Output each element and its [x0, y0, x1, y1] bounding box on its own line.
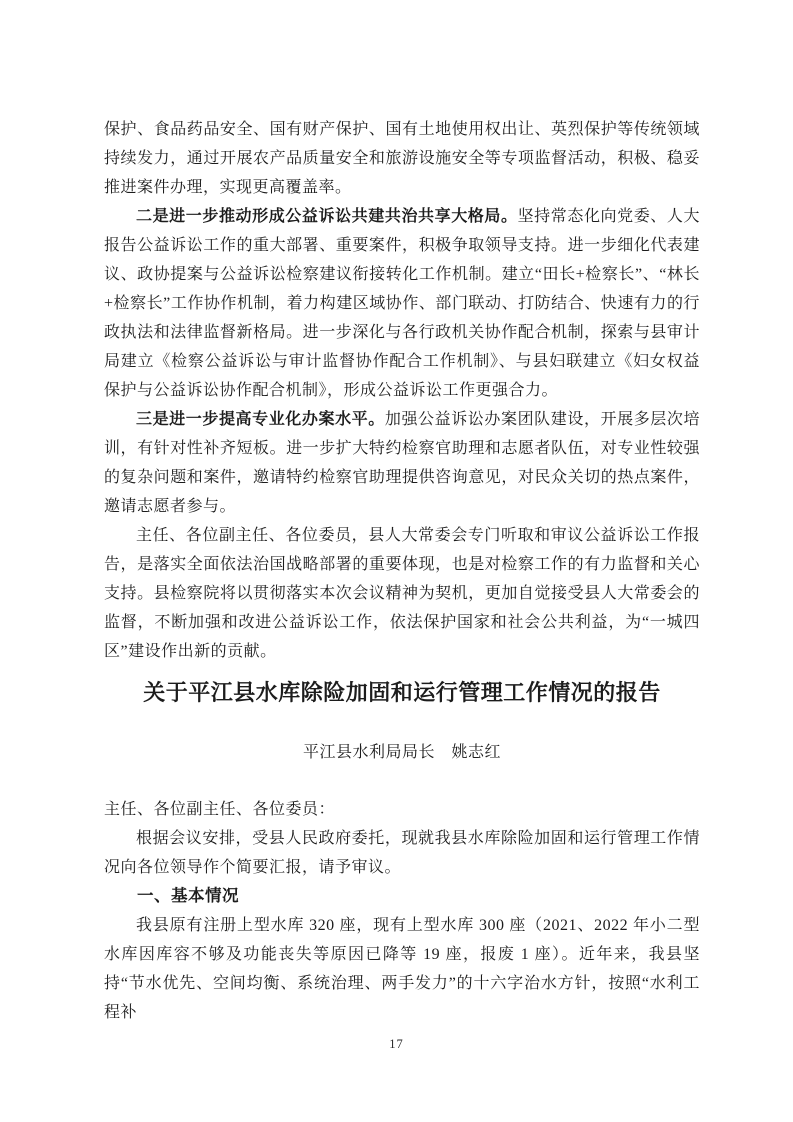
section-heading-basic-situation: 一、基本情况: [104, 882, 700, 911]
salutation: 主任、各位副主任、各位委员：: [104, 795, 700, 824]
report-author-line: 平江县水利局局长 姚志红: [104, 744, 700, 762]
page-number: 17: [0, 1036, 793, 1052]
paragraph-2-text: 坚持常态化向党委、人大报告公益诉讼工作的重大部署、重要案件，积极争取领导支持。进…: [104, 208, 700, 399]
paragraph-2-bold-lead: 二是进一步推动形成公益诉讼共建共治共享大格局。: [136, 208, 518, 225]
body-paragraph-basic-situation: 我县原有注册上型水库 320 座，现有上型水库 300 座（2021、2022 …: [104, 911, 700, 1027]
continuation-paragraph-2: 二是进一步推动形成公益诉讼共建共治共享大格局。坚持常态化向党委、人大报告公益诉讼…: [104, 202, 700, 405]
continuation-paragraph-4: 主任、各位副主任、各位委员，县人大常委会专门听取和审议公益诉讼工作报告，是落实全…: [104, 521, 700, 666]
continuation-paragraph-3: 三是进一步提高专业化办案水平。加强公益诉讼办案团队建设，开展多层次培训，有针对性…: [104, 405, 700, 521]
paragraph-3-bold-lead: 三是进一步提高专业化办案水平。: [136, 411, 385, 428]
document-page: 保护、食品药品安全、国有财产保护、国有土地使用权出让、英烈保护等传统领域持续发力…: [0, 0, 793, 1122]
intro-paragraph: 根据会议安排，受县人民政府委托，现就我县水库除险加固和运行管理工作情况向各位领导…: [104, 824, 700, 882]
report-title: 关于平江县水库除险加固和运行管理工作情况的报告: [104, 678, 700, 708]
continuation-paragraph-1: 保护、食品药品安全、国有财产保护、国有土地使用权出让、英烈保护等传统领域持续发力…: [104, 115, 700, 202]
